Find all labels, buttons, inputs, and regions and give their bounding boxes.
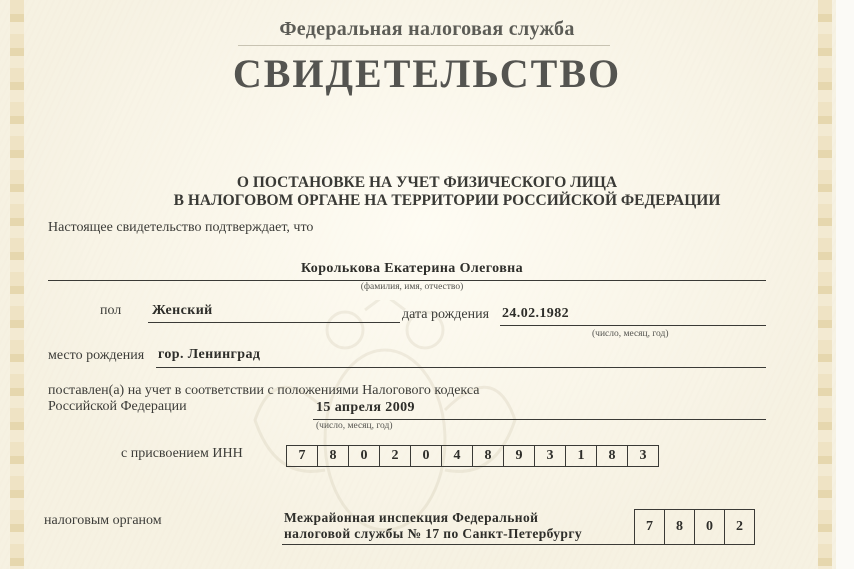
full-name-value: Королькова Екатерина Олеговна bbox=[0, 261, 854, 277]
full-name-hint: (фамилия, имя, отчество) bbox=[0, 282, 854, 292]
intro-text: Настоящее свидетельство подтверждает, чт… bbox=[48, 220, 313, 236]
agency-name: Федеральная налоговая служба bbox=[0, 18, 854, 41]
registration-text-line1: поставлен(а) на учет в соответствии с по… bbox=[48, 383, 479, 399]
sex-value: Женский bbox=[152, 303, 213, 319]
authority-code-boxes: 7 8 0 2 bbox=[634, 509, 755, 545]
birth-date-label: дата рождения bbox=[402, 307, 489, 323]
authority-name-line1: Межрайонная инспекция Федеральной bbox=[284, 510, 538, 526]
authority-name-line2: налоговой службы № 17 по Санкт-Петербург… bbox=[284, 526, 582, 542]
header-divider bbox=[238, 45, 610, 46]
birth-date-value: 24.02.1982 bbox=[502, 306, 569, 322]
inn-digit: 0 bbox=[349, 446, 380, 466]
sex-label: пол bbox=[100, 303, 121, 319]
birth-date-hint: (число, месяц, год) bbox=[592, 329, 669, 339]
document-title: СВИДЕТЕЛЬСТВО bbox=[0, 50, 854, 97]
inn-digit: 7 bbox=[287, 446, 318, 466]
registration-date-hint: (число, месяц, год) bbox=[316, 421, 393, 431]
inn-digit-boxes: 7 8 0 2 0 4 8 9 3 1 8 3 bbox=[286, 445, 659, 467]
inn-digit: 9 bbox=[504, 446, 535, 466]
inn-digit: 8 bbox=[473, 446, 504, 466]
authority-code-digit: 0 bbox=[695, 510, 725, 544]
document-subtitle-line1: О ПОСТАНОВКЕ НА УЧЕТ ФИЗИЧЕСКОГО ЛИЦА bbox=[0, 174, 854, 192]
registration-text-line2: Российской Федерации bbox=[48, 399, 187, 415]
inn-digit: 1 bbox=[566, 446, 597, 466]
registration-date-value: 15 апреля 2009 bbox=[316, 400, 415, 416]
authority-code-digit: 2 bbox=[725, 510, 754, 544]
inn-digit: 3 bbox=[535, 446, 566, 466]
birth-place-value: гор. Ленинград bbox=[158, 347, 260, 363]
inn-digit: 2 bbox=[380, 446, 411, 466]
sex-underline bbox=[148, 322, 400, 323]
full-name-underline bbox=[48, 280, 766, 281]
authority-underline bbox=[282, 544, 636, 545]
registration-date-underline bbox=[313, 419, 766, 420]
authority-label: налоговым органом bbox=[44, 513, 162, 529]
birth-date-underline bbox=[500, 325, 766, 326]
inn-digit: 4 bbox=[442, 446, 473, 466]
inn-digit: 3 bbox=[628, 446, 658, 466]
birth-place-underline bbox=[156, 367, 766, 368]
inn-digit: 0 bbox=[411, 446, 442, 466]
authority-code-digit: 8 bbox=[665, 510, 695, 544]
document-subtitle-line2: В НАЛОГОВОМ ОРГАНЕ НА ТЕРРИТОРИИ РОССИЙС… bbox=[0, 192, 854, 210]
inn-digit: 8 bbox=[318, 446, 349, 466]
authority-code-digit: 7 bbox=[635, 510, 665, 544]
inn-digit: 8 bbox=[597, 446, 628, 466]
inn-label: с присвоением ИНН bbox=[121, 446, 243, 462]
birth-place-label: место рождения bbox=[48, 348, 144, 364]
